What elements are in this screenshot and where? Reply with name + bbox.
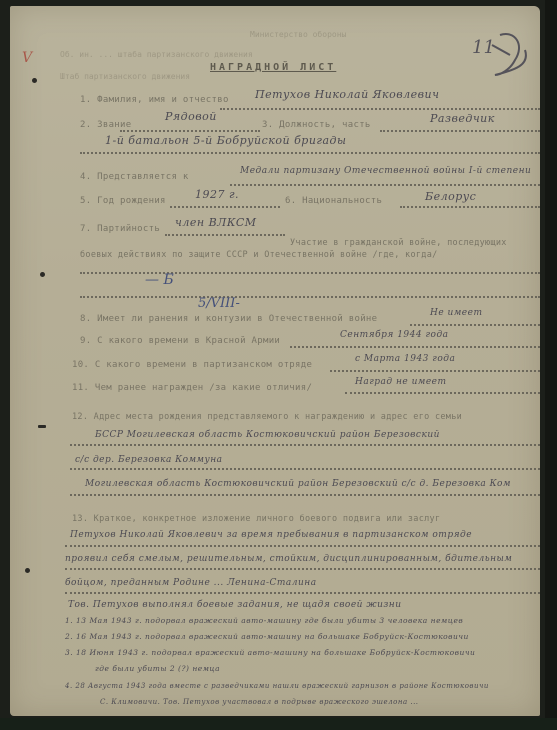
punch-hole — [38, 425, 46, 428]
field-label-war-participation: Участие в гражданской войне, последующих… — [80, 237, 540, 261]
header-faint-line: Штаб партизанского движения — [60, 72, 190, 81]
field-label-position: 3. Должность, часть — [262, 120, 371, 130]
field-label-nationality: 6. Национальность — [285, 196, 382, 206]
field-label-party: 7. Партийность — [80, 224, 160, 234]
field-value-birth-year: 1927 г. — [195, 188, 239, 201]
header-faint-line: Об. ин. ... штаба партизанского движения — [60, 50, 253, 59]
field-value-partisan-since: с Марта 1943 года — [355, 354, 455, 364]
dotted-line — [330, 370, 540, 372]
feat-text-line: бойцом, преданным Родине ... Ленина-Стал… — [65, 578, 317, 588]
pencil-annotation: 5/VIII- — [198, 296, 240, 311]
dotted-line — [70, 468, 540, 470]
feat-text-line: 3. 18 Июня 1943 г. подорвал вражеский ав… — [65, 648, 475, 657]
field-label-address: 12. Адрес места рождения представляемого… — [72, 412, 462, 422]
feat-text-line: 4. 28 Августа 1943 года вместе с разведч… — [65, 682, 489, 690]
field-value-address-line: Могилевская область Костюковичский район… — [85, 479, 511, 489]
dotted-line — [345, 392, 540, 394]
field-value-address-line: БССР Могилевская область Костюковичский … — [95, 430, 440, 440]
punch-hole — [40, 272, 45, 277]
dotted-line — [120, 130, 260, 132]
field-value-party: член ВЛКСМ — [175, 216, 257, 229]
field-label-feat: 13. Краткое, конкретное изложение личног… — [72, 514, 440, 524]
dotted-line — [220, 108, 540, 110]
feat-text-line: Тов. Петухов выполнял боевые задания, не… — [68, 600, 402, 610]
dotted-line — [65, 545, 540, 547]
feat-text-line: 1. 13 Мая 1943 г. подорвал вражеский авт… — [65, 616, 463, 625]
dotted-line — [230, 184, 540, 186]
field-value-nationality: Белорус — [425, 190, 476, 203]
punch-hole — [25, 568, 30, 573]
field-label-birth-year: 5. Год рождения — [80, 196, 166, 206]
field-value-award: Медали партизану Отечественной войны I-й… — [240, 166, 531, 176]
dotted-line — [170, 206, 280, 208]
feat-text-line: 2. 16 Мая 1943 г. подорвал вражеский авт… — [65, 632, 469, 641]
red-check-mark: V — [22, 50, 32, 66]
scan-border-right — [545, 0, 557, 730]
feat-text-line: Петухов Николай Яковлевич за время пребы… — [70, 530, 472, 540]
feat-text-line: С. Климовичи. Тов. Петухов участвовал в … — [100, 698, 419, 706]
field-label-partisan-since: 10. С какого времени в партизанском отря… — [72, 360, 312, 370]
feat-text-line: проявил себя смелым, решительным, стойки… — [65, 554, 512, 564]
dotted-line — [400, 206, 540, 208]
punch-hole — [32, 78, 37, 83]
field-label-wounds: 8. Имеет ли ранения и контузии в Отечест… — [80, 314, 377, 324]
field-label-army-since: 9. С какого времени в Красной Армии — [80, 336, 280, 346]
dotted-line — [65, 568, 540, 570]
scan-border-bottom — [0, 718, 557, 730]
page-title: НАГРАДНОЙ ЛИСТ — [210, 62, 336, 73]
field-value-address-line: с/с дер. Березовка Коммуна — [75, 455, 223, 465]
archive-number-annotation-icon: 11 — [470, 25, 540, 85]
svg-text:11: 11 — [472, 37, 495, 58]
feat-text-line: где были убиты 2 (?) немца — [95, 664, 220, 673]
dotted-line — [80, 296, 540, 298]
field-value-rank: Рядовой — [165, 110, 217, 123]
field-value-prior-awards: Наград не имеет — [355, 377, 447, 387]
dotted-line — [410, 324, 540, 326]
field-value-army-since: Сентября 1944 года — [340, 330, 449, 340]
field-label-prior-awards: 11. Чем ранее награжден /за какие отличи… — [72, 383, 312, 393]
field-value-unit: 1-й батальон 5-й Бобруйской бригады — [105, 134, 346, 147]
dotted-line — [65, 592, 540, 594]
dotted-line — [380, 130, 540, 132]
field-label-award: 4. Представляется к — [80, 172, 189, 182]
field-label-name: 1. Фамилия, имя и отчество — [80, 95, 229, 105]
field-value-wounds: Не имеет — [430, 308, 482, 318]
dotted-line — [70, 494, 540, 496]
dotted-line — [290, 346, 540, 348]
dotted-line — [80, 152, 540, 154]
dotted-line — [70, 444, 540, 446]
pencil-annotation: — Б — [145, 272, 174, 288]
dotted-line — [165, 234, 285, 236]
field-label-rank: 2. Звание — [80, 120, 131, 130]
header-faint-line: Министерство обороны — [250, 30, 346, 39]
field-value-name: Петухов Николай Яковлевич — [255, 88, 439, 101]
field-value-position: Разведчик — [430, 112, 495, 125]
